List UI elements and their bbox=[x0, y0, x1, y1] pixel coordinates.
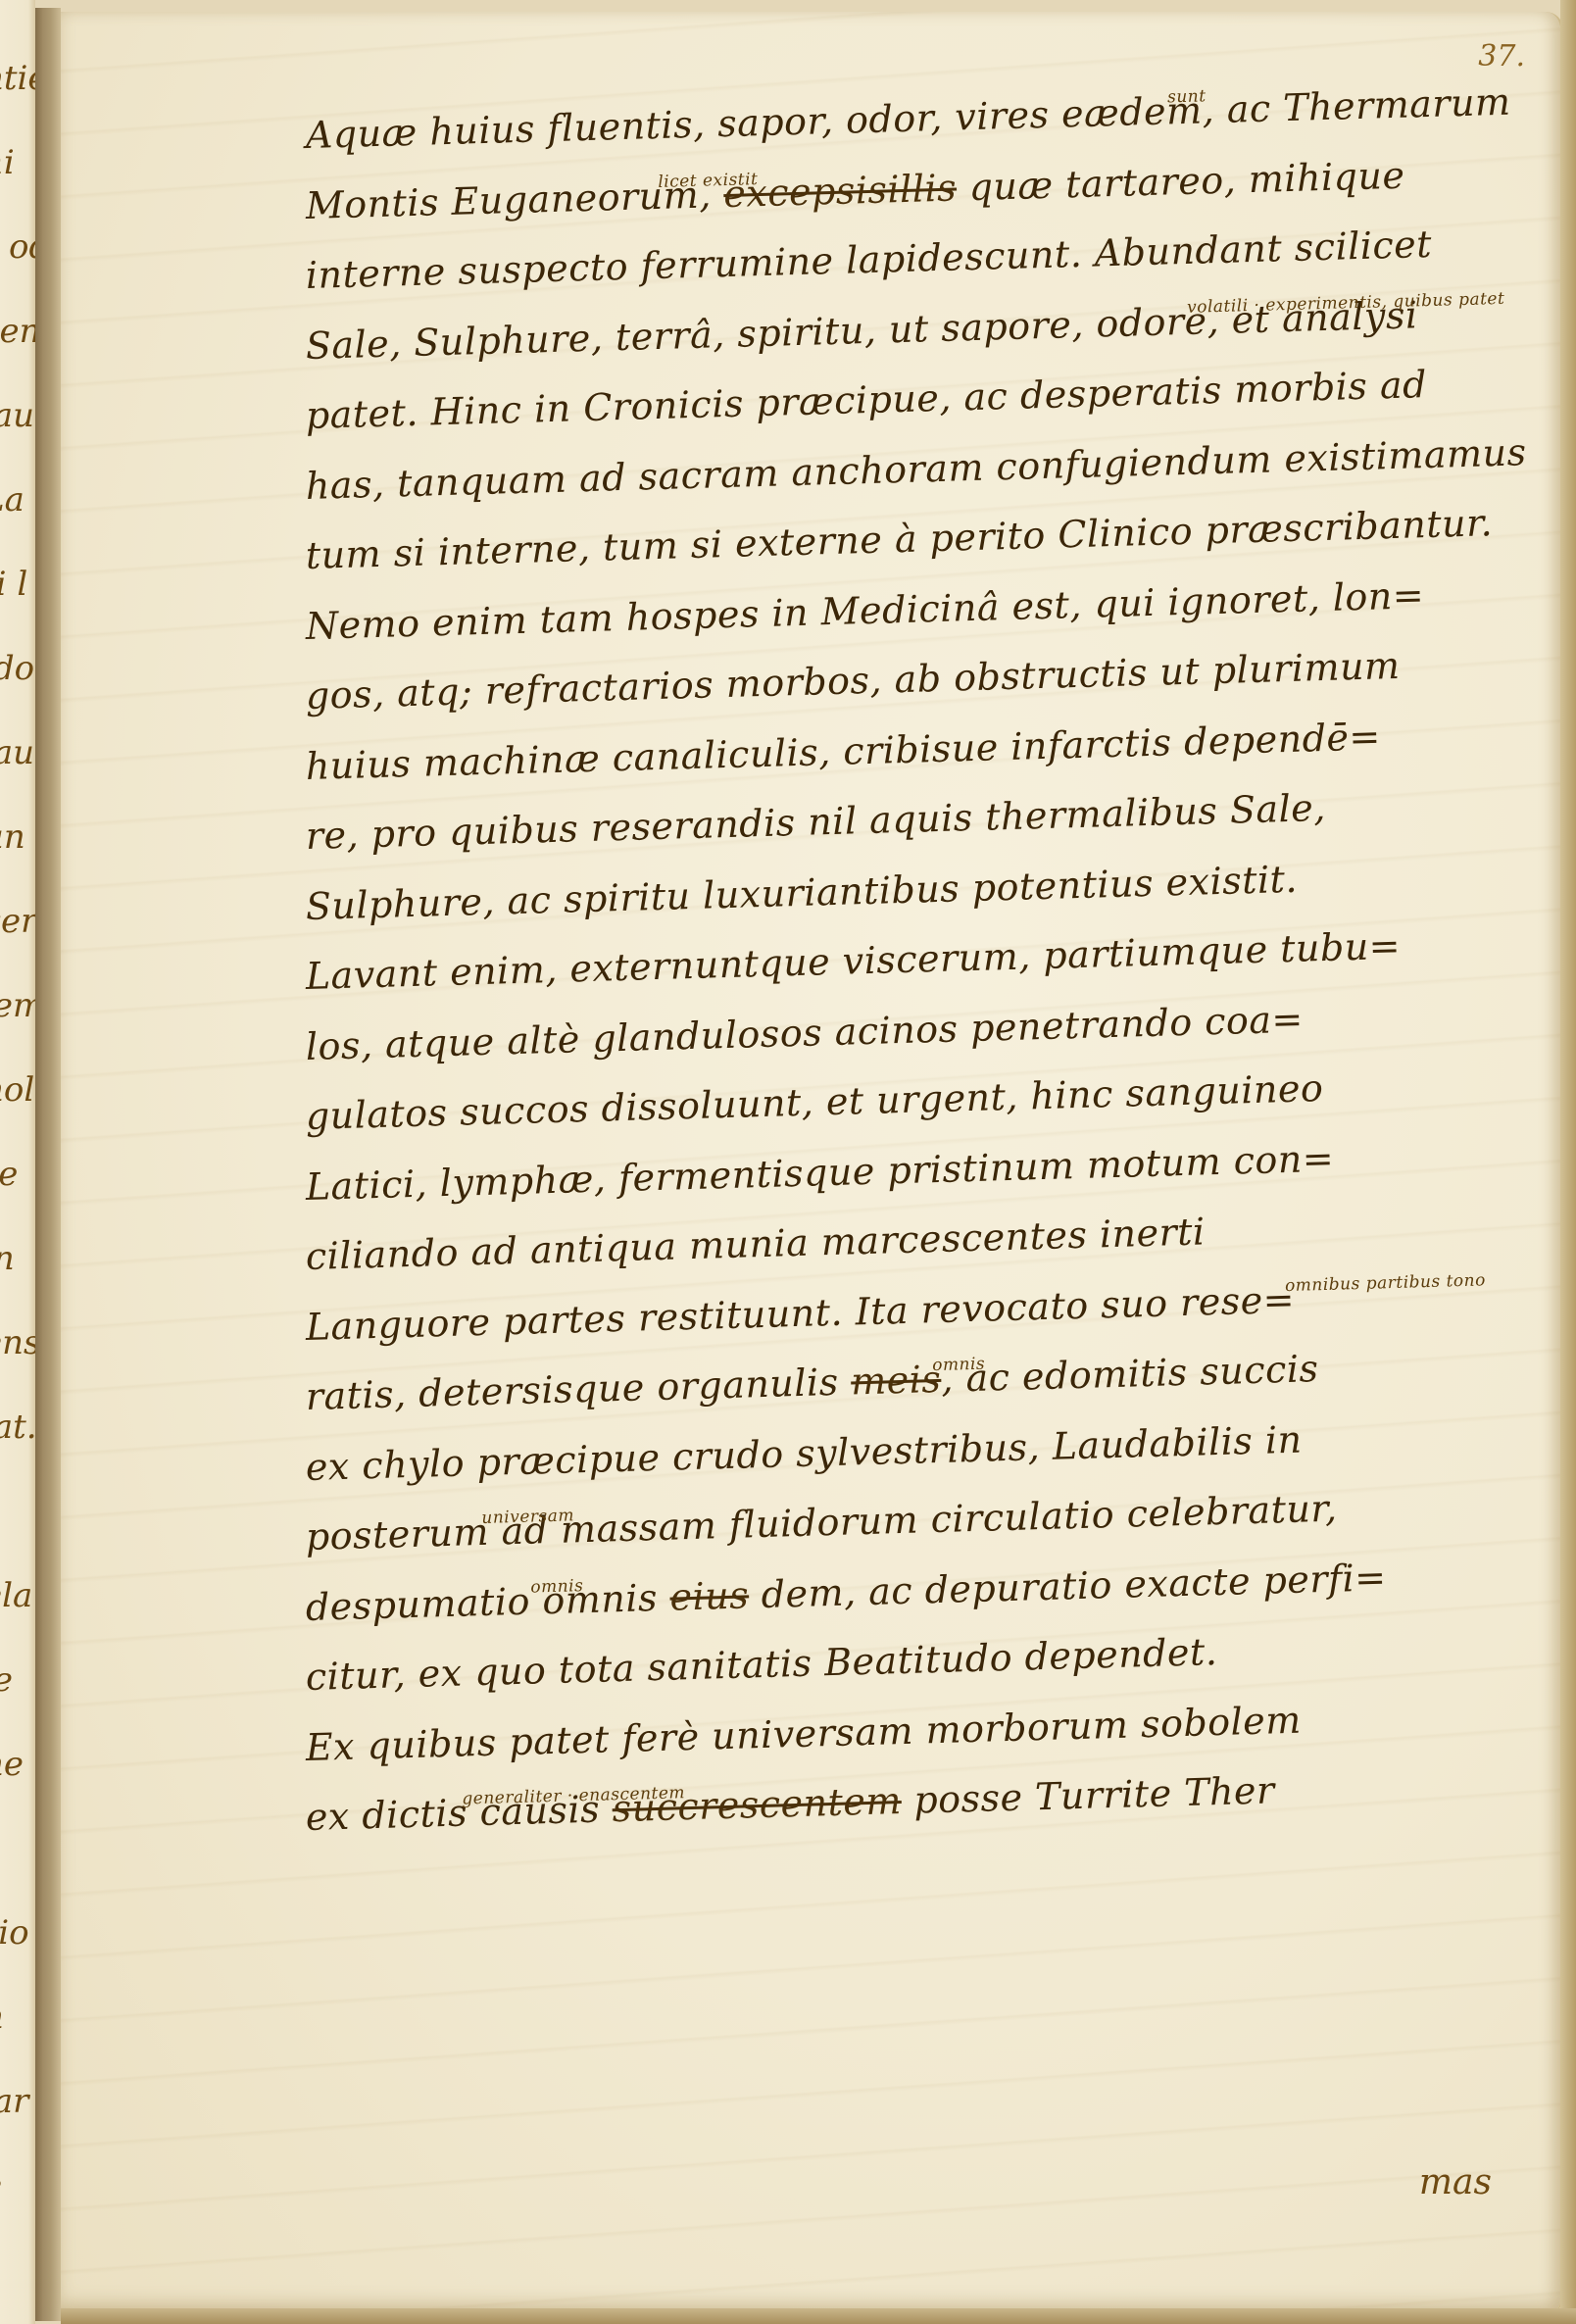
binding-gutter bbox=[35, 8, 61, 2321]
struck-word: eius bbox=[669, 1573, 750, 1618]
adjacent-page-fragment: lat. bbox=[0, 1408, 35, 1447]
adjacent-page-fragment: rio bbox=[0, 1913, 29, 1953]
folio-number: 37. bbox=[1478, 39, 1525, 74]
line-text: Aquæ huius fluentis, sapor, odor, vires … bbox=[305, 80, 1511, 157]
interlinear-insertion: omnis bbox=[931, 1335, 986, 1395]
interlinear-insertion: licet existit bbox=[657, 150, 759, 212]
struck-word: meis bbox=[851, 1358, 942, 1404]
line-text: , ac edomitis succis bbox=[941, 1347, 1319, 1401]
adjacent-page-fragment: re bbox=[0, 1155, 18, 1194]
adjacent-page-fragment: nol bbox=[0, 1070, 34, 1110]
adjacent-page-fragment: La bbox=[0, 480, 25, 519]
adjacent-page-fragment: ntie bbox=[0, 59, 35, 98]
adjacent-page-fragment: n bbox=[0, 1998, 4, 2037]
adjacent-page-fragment: sen bbox=[0, 312, 35, 351]
interlinear-insertion: generaliter · enascentem bbox=[462, 1763, 686, 1828]
adjacent-page-fragment: lau bbox=[0, 733, 34, 772]
line-text: quæ tartareo, mihique bbox=[956, 153, 1405, 209]
manuscript-scan: ntiehir odsenlauLati lidolauuncerlemnolr… bbox=[0, 0, 1576, 2324]
adjacent-page-fragment: r od bbox=[0, 227, 35, 267]
interlinear-insertion: omnibus partibus tono bbox=[1284, 1251, 1486, 1315]
adjacent-page-fragment: ti l bbox=[0, 565, 27, 604]
interlinear-insertion: omnis bbox=[530, 1557, 585, 1616]
text-block: Aquæ huius fluentis, sapor, odor, vires … bbox=[306, 106, 1563, 1858]
line-text: ratis, detersisque organulis bbox=[305, 1360, 852, 1418]
adjacent-page-fragment: lau bbox=[0, 396, 34, 435]
interlinear-insertion: sunt bbox=[1166, 67, 1207, 126]
adjacent-page-fragment: ne bbox=[0, 1745, 24, 1784]
adjacent-page-fragment: ela bbox=[0, 1576, 32, 1615]
line-text: posse Turrite Ther bbox=[901, 1768, 1275, 1822]
page-bottom-edge bbox=[61, 2308, 1576, 2324]
adjacent-page-fragment: ens bbox=[0, 1323, 35, 1362]
adjacent-page-fragment: ido bbox=[0, 649, 34, 688]
adjacent-page-fragment: cer bbox=[0, 902, 35, 941]
line-text: despumatio omnis bbox=[305, 1575, 670, 1628]
catchword: mas bbox=[1419, 2162, 1492, 2202]
manuscript-page: 37. Aquæ huius fluentis, sapor, odor, vi… bbox=[61, 12, 1563, 2310]
adjacent-page-fragment: ie bbox=[0, 1660, 13, 1700]
adjacent-page-fragment: lem bbox=[0, 986, 35, 1025]
adjacent-page-fragment: un bbox=[0, 817, 25, 857]
adjacent-page-fragment: in bbox=[0, 1239, 15, 1278]
adjacent-page-fragment: hi bbox=[0, 143, 15, 182]
adjacent-page-fragment: lar bbox=[0, 2082, 28, 2121]
adjacent-page-fragment: e bbox=[0, 2166, 2, 2205]
interlinear-insertion: volatili · experimentis, quibus patet bbox=[1186, 269, 1505, 336]
page-right-edge bbox=[1560, 0, 1576, 2324]
adjacent-page-edge: ntiehir odsenlauLati lidolauuncerlemnolr… bbox=[0, 0, 35, 2324]
line-text: dem, ac depuratio exacte perfi= bbox=[748, 1556, 1387, 1616]
interlinear-insertion: universam bbox=[481, 1486, 575, 1548]
